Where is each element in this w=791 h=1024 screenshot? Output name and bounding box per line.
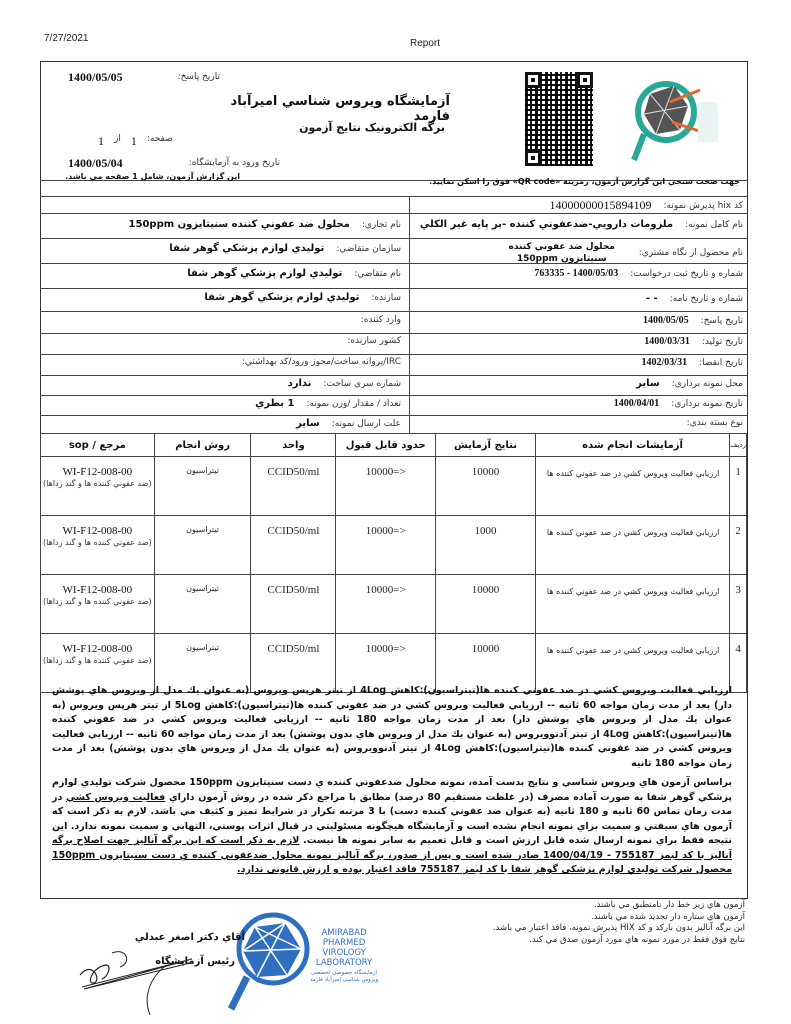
field-sampling-date: تاريخ نمونه برداري: 1400/04/01 [614,398,743,409]
field-batch-number: شماره سري ساخت: ندارد [288,378,401,389]
hix-row: كد hix پذيرش نمونه: 14000000015894109 [549,198,743,213]
field-trade-name: نام تجاري: محلول ضد عفوني كننده سنيتايزو… [129,219,401,230]
lab-stamp-icon [225,905,315,1015]
page-counter: صفحه: 1 از 1 [98,134,173,149]
footnote: اين برگه آناليز بدون باركد و كد HIX پذير… [430,923,745,935]
field-packaging-type: نوع بسته بندي: [675,418,743,428]
field-letter-number: شماره و تاريخ نامه: - - [646,293,743,304]
field-irc: IRC/پروانه ساخت/مجوز ورود/كد بهداشتي: [230,357,401,367]
arrival-date-value: 1400/05/04 [68,156,123,171]
field-customer-product-name: نام محصول از نگاه مشتري: محلول ضد عفوني … [497,241,743,265]
field-applicant-org: سازمان متقاضي: توليدي لوازم پزشكي گوهر ش… [169,243,401,254]
field-full-sample-name: نام كامل نمونه: ملزومات دارويي-ضدعفوني ك… [420,219,743,230]
field-request-number: شماره و تاريخ ثبت درخواست: 1400/05/03 - … [534,268,743,279]
hix-value: 14000000015894109 [549,198,651,213]
qr-code [525,72,593,166]
field-send-reason: علت ارسال نمونه: ساير [296,418,401,429]
signatory-name: آقاي دكتر اصغر عبدلي [100,932,245,943]
field-country: كشور سازنده: [335,336,401,346]
response-date-value: 1400/05/05 [68,70,123,85]
print-title: Report [410,38,440,49]
pages-note: اين گزارش آزمون، شامل 1 صفحه مي باشد. [60,172,240,181]
qr-note: جهت صحت سنجي اين گزارش آزمون، رمزينه «QR… [398,177,740,186]
stamp-text: AMIRABAD PHARMED VIROLOGY LABORATORY آزم… [310,928,378,984]
footnote: آزمون هاي ستاره دار تجديد شده مي باشند. [430,912,745,924]
table-row: 1 ارزيابي فعاليت ويروس كشي در ضد عفوني ك… [41,457,747,516]
hix-label: كد hix پذيرش نمونه: [663,201,743,211]
conclusion-summary: ارزيابي فعاليت ويروس كشي در ضد عفوني كنن… [52,684,732,771]
signature-icon [72,945,212,1020]
field-production-date: تاريخ توليد: 1400/03/31 [644,336,743,347]
report-subtitle: برگه الکترونیک نتایج آزمون [240,121,445,134]
lab-name: آزمایشگاه ويروس شناسي اميرآباد فارمد [220,94,450,124]
arrival-date-label: تاريخ ورود به آزمايشگاه: [160,158,280,168]
print-date: 7/27/2021 [44,33,89,44]
table-row: 3 ارزيابي فعاليت ويروس كشي در ضد عفوني ك… [41,575,747,634]
footnote: نتايج فوق فقط در مورد نمونه هاي مورد آزم… [430,935,745,947]
test-results-table: رديف آزمايشات انجام شده نتايج آزمايش حدو… [40,433,747,693]
footnotes: آزمون هاي زير خط دار نامنطبق مي باشند. آ… [430,900,745,946]
field-manufacturer: سازنده: توليدي لوازم پزشكي گوهر شفا [204,292,401,303]
field-applicant-name: نام متقاضي: توليدي لوازم پزشكي گوهر شفا [187,268,401,279]
field-sampling-location: محل نمونه برداري: ساير [636,378,743,389]
lab-logo-icon [630,72,720,168]
footnote: آزمون هاي زير خط دار نامنطبق مي باشند. [430,900,745,912]
field-response-date: تاريخ پاسخ: 1400/05/05 [643,315,743,326]
field-expiry-date: تاريخ انقضا: 1402/03/31 [642,357,743,368]
field-importer: وارد كننده: [349,315,401,325]
table-header-row: رديف آزمايشات انجام شده نتايج آزمايش حدو… [41,434,747,457]
page-label: صفحه: [147,134,173,149]
field-sample-quantity: تعداد / مقدار /وزن نمونه: 1 بطري [255,398,401,409]
conclusion-statement: براساس آزمون هاي ويروس شناسي و نتايج بدس… [52,776,732,878]
table-row: 2 ارزيابي فعاليت ويروس كشي در ضد عفوني ك… [41,516,747,575]
response-date-label: تاريخ پاسخ: [160,72,220,82]
